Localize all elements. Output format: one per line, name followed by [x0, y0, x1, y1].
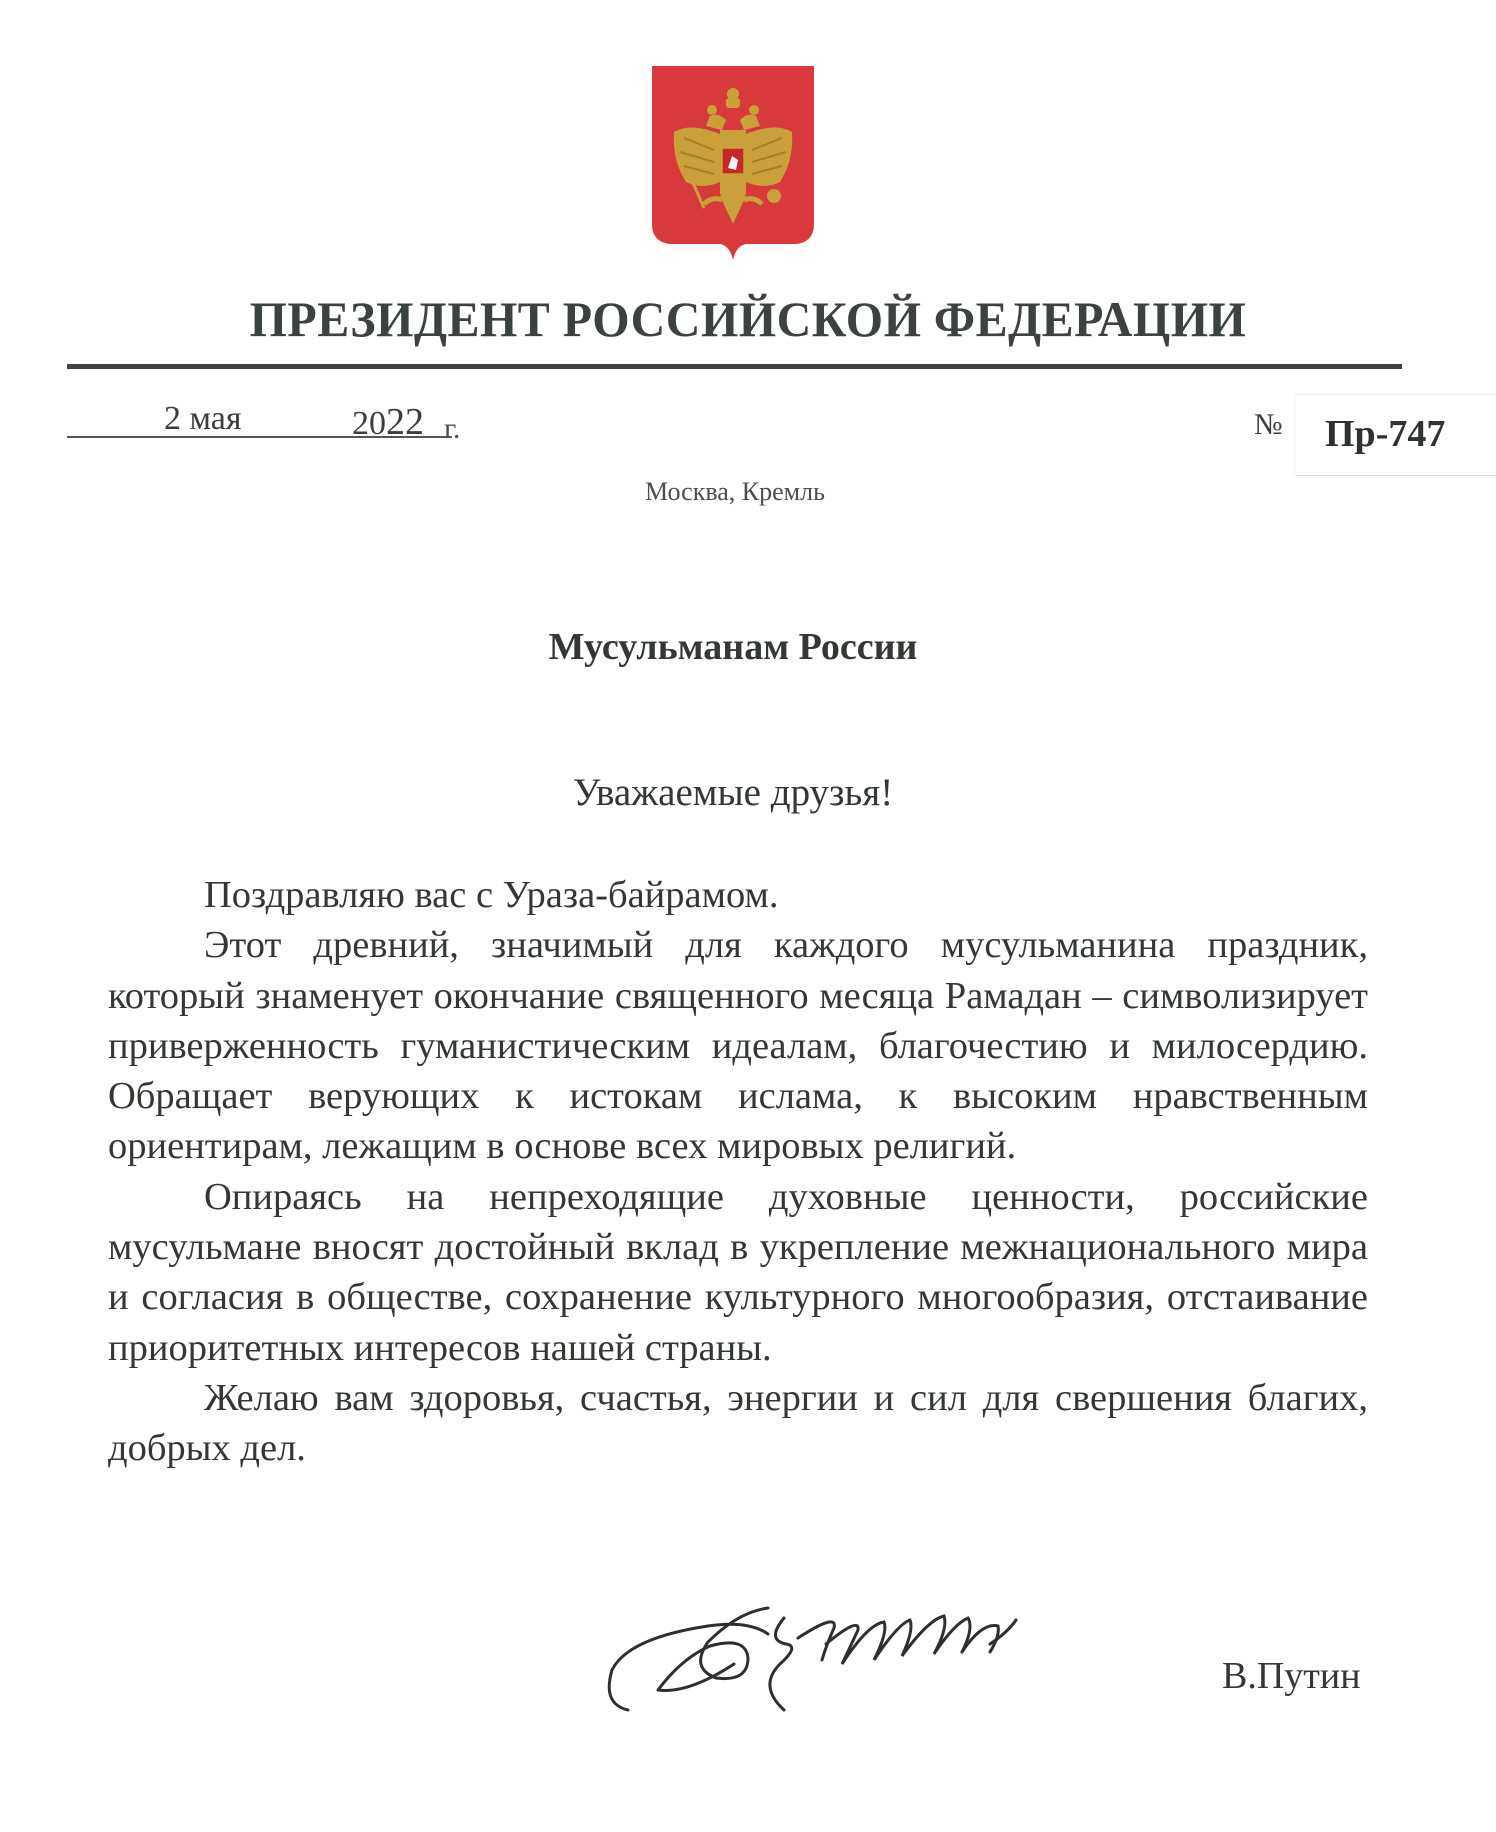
date-day: 2 мая: [164, 400, 242, 438]
signature-icon: [598, 1598, 1138, 1728]
signer-name: В.Путин: [1222, 1654, 1361, 1698]
place-of-issue: Москва, Кремль: [0, 477, 1470, 507]
paragraph-greeting: Поздравляю вас с Ураза-байрамом.: [108, 870, 1368, 920]
double-headed-eagle-icon: [650, 64, 816, 262]
header-divider: [67, 364, 1402, 369]
date-year: 2022: [352, 400, 424, 444]
document-number: Пр-747: [1325, 412, 1445, 456]
date-year-prefix: 20: [352, 405, 386, 442]
letter-body: Поздравляю вас с Ураза-байрамом. Этот др…: [108, 870, 1368, 1474]
number-sign: №: [1254, 408, 1283, 442]
paragraph-values: Опираясь на непреходящие духовные ценнос…: [108, 1172, 1368, 1373]
letterhead-title: ПРЕЗИДЕНТ РОССИЙСКОЙ ФЕДЕРАЦИИ: [30, 290, 1466, 348]
paragraph-holiday: Этот древний, значимый для каждого мусул…: [108, 920, 1368, 1171]
date-year-marker: г.: [444, 412, 460, 446]
date-year-suffix: 22: [386, 401, 424, 443]
addressee: Мусульманам России: [0, 625, 1466, 669]
paragraph-wishes: Желаю вам здоровья, счастья, энергии и с…: [108, 1373, 1368, 1474]
salutation: Уважаемые друзья!: [0, 770, 1466, 815]
handwritten-signature: [598, 1598, 1138, 1728]
coat-of-arms-emblem: [650, 64, 816, 262]
